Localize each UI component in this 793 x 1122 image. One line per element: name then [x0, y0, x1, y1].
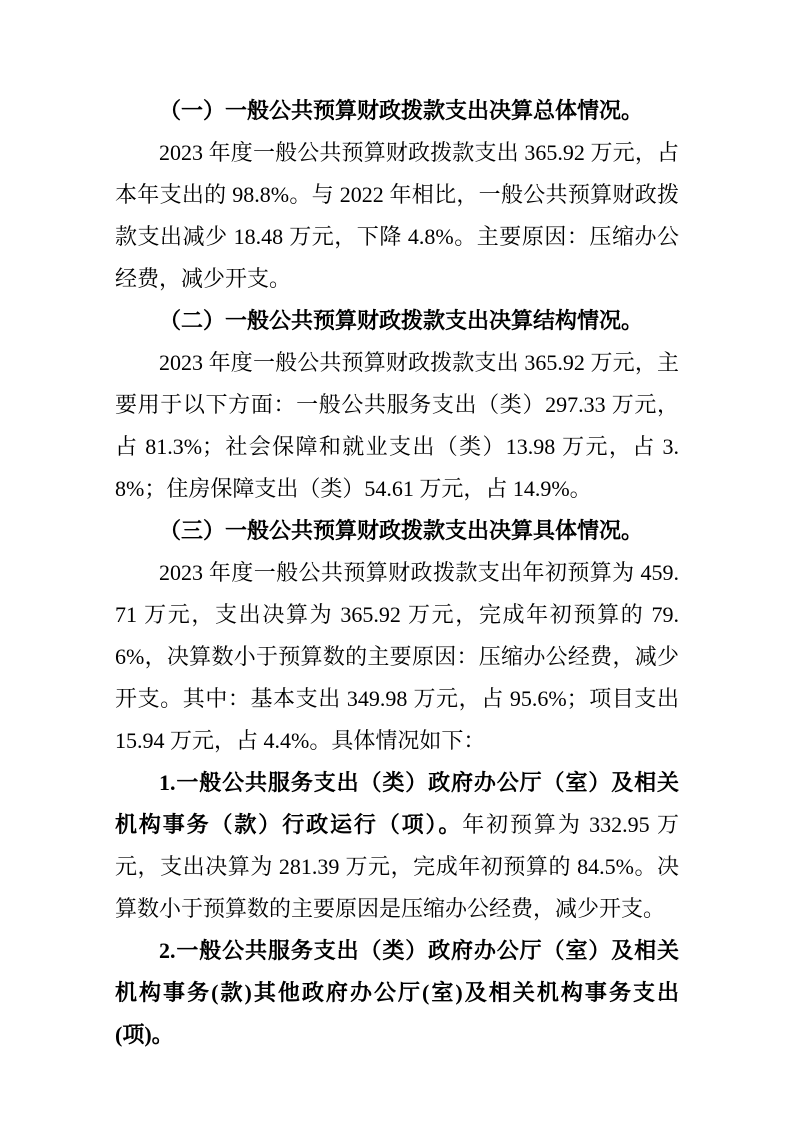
section-2-paragraph: 2023 年度一般公共预算财政拨款支出 365.92 万元，主要用于以下方面：一…	[115, 342, 679, 510]
section-1-paragraph: 2023 年度一般公共预算财政拨款支出 365.92 万元，占本年支出的 98.…	[115, 132, 679, 300]
document-body: （一）一般公共预算财政拨款支出决算总体情况。 2023 年度一般公共预算财政拨款…	[115, 90, 679, 1056]
item-1-paragraph: 1.一般公共服务支出（类）政府办公厅（室）及相关机构事务（款）行政运行（项）。年…	[115, 762, 679, 930]
section-2-heading: （二）一般公共预算财政拨款支出决算结构情况。	[115, 300, 679, 342]
section-3-heading: （三）一般公共预算财政拨款支出决算具体情况。	[115, 510, 679, 552]
section-3-paragraph: 2023 年度一般公共预算财政拨款支出年初预算为 459.71 万元，支出决算为…	[115, 552, 679, 762]
item-2-paragraph: 2.一般公共服务支出（类）政府办公厅（室）及相关机构事务(款)其他政府办公厅(室…	[115, 930, 679, 1056]
section-1-heading: （一）一般公共预算财政拨款支出决算总体情况。	[115, 90, 679, 132]
document-page: （一）一般公共预算财政拨款支出决算总体情况。 2023 年度一般公共预算财政拨款…	[0, 0, 793, 1122]
item-2-title: 2.一般公共服务支出（类）政府办公厅（室）及相关机构事务(款)其他政府办公厅(室…	[115, 938, 679, 1047]
